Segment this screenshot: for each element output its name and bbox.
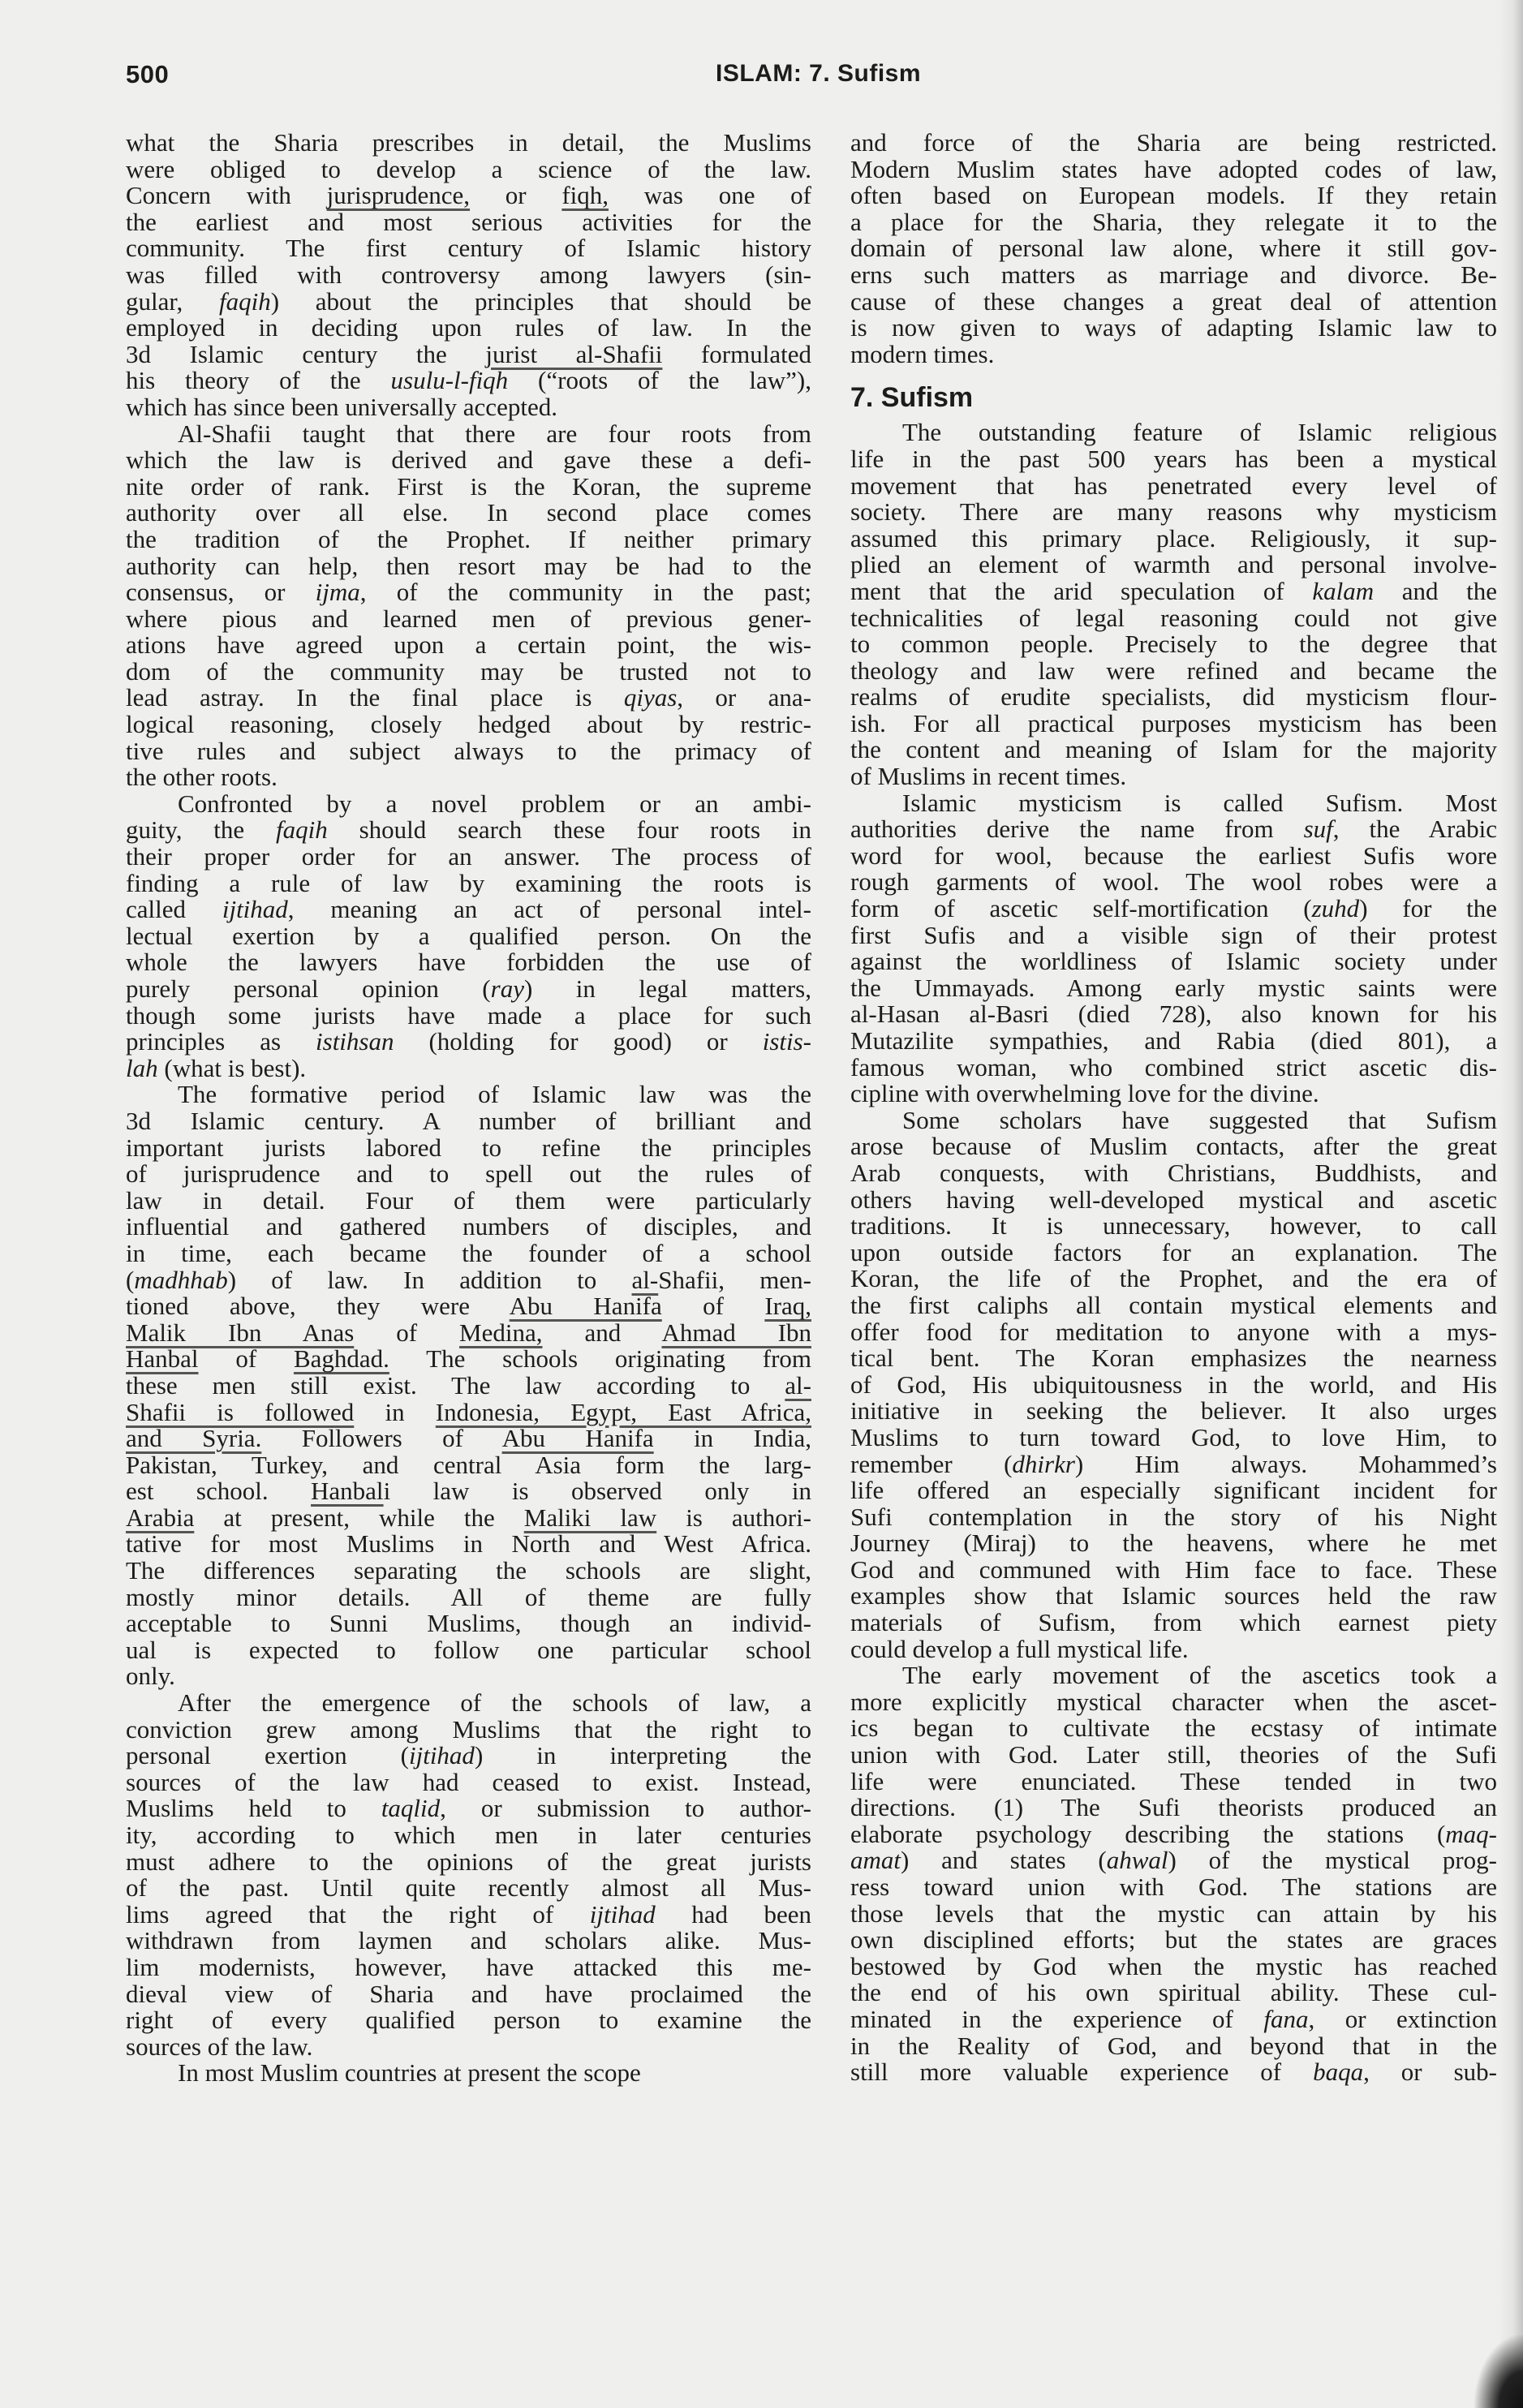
text-line: tive rules and subject always to the pri… xyxy=(126,738,811,765)
text-line: remember (dhirkr) Him always. Mohammed’s xyxy=(850,1451,1497,1478)
text-line: al-Hasan al-Basri (died 728), also known… xyxy=(850,1001,1497,1028)
right-column-section-body: The outstanding feature of Islamic relig… xyxy=(850,419,1497,2085)
text-line: personal exertion (ijtihad) in interpret… xyxy=(126,1743,811,1769)
text-line: offer food for meditation to anyone with… xyxy=(850,1319,1497,1346)
text-line: to common people. Precisely to the degre… xyxy=(850,631,1497,658)
text-line: often based on European models. If they … xyxy=(850,183,1497,209)
text-line: finding a rule of law by examining the r… xyxy=(126,871,811,897)
running-head: ISLAM: 7. Sufism xyxy=(716,60,921,88)
text-line: nite order of rank. First is the Koran, … xyxy=(126,474,811,501)
text-line: sources of the law. xyxy=(126,2034,811,2061)
text-line: lectual exertion by a qualified person. … xyxy=(126,923,811,950)
text-line: against the worldliness of Islamic socie… xyxy=(850,948,1497,975)
text-line: authority can help, then resort may be h… xyxy=(126,553,811,580)
text-line: union with God. Later still, theories of… xyxy=(850,1742,1497,1769)
text-line: community. The first century of Islamic … xyxy=(126,235,811,262)
text-line: lah (what is best). xyxy=(126,1056,811,1082)
text-line: lead astray. In the final place is qiyas… xyxy=(126,685,811,712)
text-line: own disciplined efforts; but the states … xyxy=(850,1927,1497,1954)
text-line: principles as istihsan (holding for good… xyxy=(126,1029,811,1056)
text-line: dieval view of Sharia and have proclaime… xyxy=(126,1981,811,2008)
right-column-intro: and force of the Sharia are being restri… xyxy=(850,130,1497,368)
text-line: Modern Muslim states have adopted codes … xyxy=(850,157,1497,183)
text-line: theology and law were refined and became… xyxy=(850,658,1497,685)
text-line: cipline with overwhelming love for the d… xyxy=(850,1081,1497,1107)
text-line: ment that the arid speculation of kalam … xyxy=(850,578,1497,605)
text-line: directions. (1) The Sufi theorists produ… xyxy=(850,1795,1497,1821)
text-line: Islamic mysticism is called Sufism. Most xyxy=(850,790,1497,817)
text-line: acceptable to Sunni Muslims, though an i… xyxy=(126,1610,811,1637)
text-line: the end of his own spiritual ability. Th… xyxy=(850,1980,1497,2006)
text-line: sources of the law had ceased to exist. … xyxy=(126,1769,811,1796)
text-line: the content and meaning of Islam for the… xyxy=(850,737,1497,763)
text-line: lims agreed that the right of ijtihad ha… xyxy=(126,1902,811,1929)
text-line: plied an element of warmth and personal … xyxy=(850,552,1497,578)
text-line: famous woman, who combined strict asceti… xyxy=(850,1055,1497,1081)
text-line: whole the lawyers have forbidden the use… xyxy=(126,949,811,976)
text-line: withdrawn from laymen and scholars alike… xyxy=(126,1928,811,1954)
text-line: where pious and learned men of previous … xyxy=(126,606,811,633)
text-line: the Ummayads. Among early mystic saints … xyxy=(850,975,1497,1002)
text-line: tioned above, they were Abu Hanifa of Ir… xyxy=(126,1293,811,1320)
text-line: ics began to cultivate the ecstasy of in… xyxy=(850,1715,1497,1742)
text-line: purely personal opinion (ray) in legal m… xyxy=(126,976,811,1003)
text-line: mostly minor details. All of theme are f… xyxy=(126,1585,811,1611)
text-line: amat) and states (ahwal) of the mystical… xyxy=(850,1847,1497,1874)
text-line: bestowed by God when the mystic has reac… xyxy=(850,1954,1497,1980)
text-line: what the Sharia prescribes in detail, th… xyxy=(126,130,811,157)
text-line: Hanbal of Baghdad. The schools originati… xyxy=(126,1346,811,1373)
text-line: ish. For all practical purposes mysticis… xyxy=(850,711,1497,737)
text-line: authorities derive the name from suf, th… xyxy=(850,816,1497,843)
text-line: must adhere to the opinions of the great… xyxy=(126,1849,811,1876)
text-line: traditions. It is unnecessary, however, … xyxy=(850,1213,1497,1240)
text-line: the tradition of the Prophet. If neither… xyxy=(126,527,811,553)
text-line: which the law is derived and gave these … xyxy=(126,447,811,474)
text-line: of the past. Until quite recently almost… xyxy=(126,1875,811,1902)
page-header: 500 ISLAM: 7. Sufism xyxy=(126,60,1497,92)
text-line: first Sufis and a visible sign of their … xyxy=(850,922,1497,949)
text-line: 3d Islamic century the jurist al-Shafii … xyxy=(126,342,811,368)
text-line: Al-Shafii taught that there are four roo… xyxy=(126,421,811,448)
text-line: life offered an especially significant i… xyxy=(850,1477,1497,1504)
text-line: domain of personal law alone, where it s… xyxy=(850,235,1497,262)
text-line: guity, the faqih should search these fou… xyxy=(126,817,811,844)
page-corner-shadow xyxy=(1474,2335,1523,2408)
text-line: Arab conquests, with Christians, Buddhis… xyxy=(850,1160,1497,1187)
text-line: assumed this primary place. Religiously,… xyxy=(850,526,1497,553)
text-line: of God, His ubiquitousness in the world,… xyxy=(850,1372,1497,1399)
text-line: Concern with jurisprudence, or fiqh, was… xyxy=(126,183,811,209)
text-line: Arabia at present, while the Maliki law … xyxy=(126,1505,811,1532)
text-line: cause of these changes a great deal of a… xyxy=(850,289,1497,316)
text-line: employed in deciding upon rules of law. … xyxy=(126,315,811,342)
text-line: logical reasoning, closely hedged about … xyxy=(126,712,811,738)
text-line: The formative period of Islamic law was … xyxy=(126,1081,811,1108)
section-heading: 7. Sufism xyxy=(850,376,1497,419)
text-line: in the Reality of God, and beyond that i… xyxy=(850,2033,1497,2060)
text-line: technicalities of legal reasoning could … xyxy=(850,605,1497,632)
text-line: in time, each became the founder of a sc… xyxy=(126,1241,811,1267)
text-line: initiative in seeking the believer. It a… xyxy=(850,1398,1497,1425)
text-line: Journey (Miraj) to the heavens, where he… xyxy=(850,1530,1497,1557)
text-line: others having well-developed mystical an… xyxy=(850,1187,1497,1214)
text-line: Shafii is followed in Indonesia, Egypt, … xyxy=(126,1400,811,1426)
text-line: In most Muslim countries at present the … xyxy=(126,2060,811,2087)
text-line: his theory of the usulu-l-fiqh (“roots o… xyxy=(126,368,811,394)
text-line: though some jurists have made a place fo… xyxy=(126,1003,811,1030)
text-line: still more valuable experience of baqa, … xyxy=(850,2059,1497,2086)
text-line: Sufi contemplation in the story of his N… xyxy=(850,1504,1497,1531)
text-line: The early movement of the ascetics took … xyxy=(850,1662,1497,1689)
text-line: Mutazilite sympathies, and Rabia (died 8… xyxy=(850,1028,1497,1055)
text-line: their proper order for an answer. The pr… xyxy=(126,844,811,871)
right-column: and force of the Sharia are being restri… xyxy=(850,130,1497,2086)
text-line: The differences separating the schools a… xyxy=(126,1558,811,1585)
text-line: gular, faqih) about the principles that … xyxy=(126,289,811,316)
text-line: life in the past 500 years has been a my… xyxy=(850,446,1497,473)
text-line: consensus, or ijma, of the community in … xyxy=(126,579,811,606)
text-line: erns such matters as marriage and divorc… xyxy=(850,262,1497,289)
text-line: ations have agreed upon a certain point,… xyxy=(126,632,811,659)
text-line: ress toward union with God. The stations… xyxy=(850,1874,1497,1901)
text-line: Muslims to turn toward God, to love Him,… xyxy=(850,1425,1497,1451)
text-line: life were enunciated. These tended in tw… xyxy=(850,1769,1497,1795)
text-line: 3d Islamic century. A number of brillian… xyxy=(126,1108,811,1135)
page-edge-shadow xyxy=(1499,0,1523,2408)
text-line: dom of the community may be trusted not … xyxy=(126,659,811,686)
text-line: of Muslims in recent times. xyxy=(850,763,1497,790)
text-line: After the emergence of the schools of la… xyxy=(126,1690,811,1717)
text-line: tical bent. The Koran emphasizes the nea… xyxy=(850,1345,1497,1372)
text-line: the earliest and most serious activities… xyxy=(126,209,811,236)
text-line: Malik Ibn Anas of Medina, and Ahmad Ibn xyxy=(126,1320,811,1347)
text-line: and force of the Sharia are being restri… xyxy=(850,130,1497,157)
text-line: form of ascetic self-mortification (zuhd… xyxy=(850,896,1497,922)
text-line: was filled with controversy among lawyer… xyxy=(126,262,811,289)
text-line: only. xyxy=(126,1663,811,1690)
text-line: Confronted by a novel problem or an ambi… xyxy=(126,791,811,818)
text-line: Muslims held to taqlid, or submission to… xyxy=(126,1795,811,1822)
text-line: minated in the experience of fana, or ex… xyxy=(850,2006,1497,2033)
text-line: God and communed with Him face to face. … xyxy=(850,1557,1497,1584)
text-line: law in detail. Four of them were particu… xyxy=(126,1188,811,1215)
text-line: lim modernists, however, have attacked t… xyxy=(126,1954,811,1981)
text-line: the first caliphs all contain mystical e… xyxy=(850,1292,1497,1319)
text-line: est school. Hanbali law is observed only… xyxy=(126,1478,811,1505)
text-line: which has since been universally accepte… xyxy=(126,394,811,421)
text-line: rough garments of wool. The wool robes w… xyxy=(850,869,1497,896)
text-line: materials of Sufism, from which earnest … xyxy=(850,1610,1497,1636)
text-line: The outstanding feature of Islamic relig… xyxy=(850,419,1497,446)
text-line: called ijtihad, meaning an act of person… xyxy=(126,897,811,923)
text-line: influential and gathered numbers of disc… xyxy=(126,1214,811,1241)
text-line: those levels that the mystic can attain … xyxy=(850,1901,1497,1928)
text-line: these men still exist. The law according… xyxy=(126,1373,811,1400)
text-line: is now given to ways of adapting Islamic… xyxy=(850,315,1497,342)
text-line: ual is expected to follow one particular… xyxy=(126,1637,811,1664)
text-line: upon outside factors for an explanation.… xyxy=(850,1240,1497,1266)
text-line: movement that has penetrated every level… xyxy=(850,473,1497,500)
text-line: a place for the Sharia, they relegate it… xyxy=(850,209,1497,236)
text-line: realms of erudite specialists, did mysti… xyxy=(850,684,1497,711)
text-line: tative for most Muslims in North and Wes… xyxy=(126,1531,811,1558)
text-line: word for wool, because the earliest Sufi… xyxy=(850,843,1497,870)
text-line: the other roots. xyxy=(126,764,811,791)
text-line: authority over all else. In second place… xyxy=(126,500,811,527)
text-line: conviction grew among Muslims that the r… xyxy=(126,1717,811,1744)
text-line: examples show that Islamic sources held … xyxy=(850,1583,1497,1610)
text-line: ity, according to which men in later cen… xyxy=(126,1822,811,1849)
page-number: 500 xyxy=(126,60,169,89)
text-line: Koran, the life of the Prophet, and the … xyxy=(850,1266,1497,1292)
text-line: of jurisprudence and to spell out the ru… xyxy=(126,1161,811,1188)
text-line: society. There are many reasons why myst… xyxy=(850,499,1497,526)
text-line: and Syria. Followers of Abu Hanifa in In… xyxy=(126,1425,811,1452)
text-line: could develop a full mystical life. xyxy=(850,1636,1497,1663)
text-line: were obliged to develop a science of the… xyxy=(126,157,811,183)
text-line: arose because of Muslim contacts, after … xyxy=(850,1133,1497,1160)
text-line: Some scholars have suggested that Sufism xyxy=(850,1107,1497,1134)
text-line: right of every qualified person to exami… xyxy=(126,2007,811,2034)
text-line: elaborate psychology describing the stat… xyxy=(850,1821,1497,1848)
text-line: (madhhab) of law. In addition to al-Shaf… xyxy=(126,1267,811,1294)
text-line: important jurists labored to refine the … xyxy=(126,1135,811,1162)
left-column: what the Sharia prescribes in detail, th… xyxy=(126,130,811,2087)
text-line: modern times. xyxy=(850,342,1497,368)
text-line: Pakistan, Turkey, and central Asia form … xyxy=(126,1452,811,1479)
text-line: more explicitly mystical character when … xyxy=(850,1689,1497,1716)
